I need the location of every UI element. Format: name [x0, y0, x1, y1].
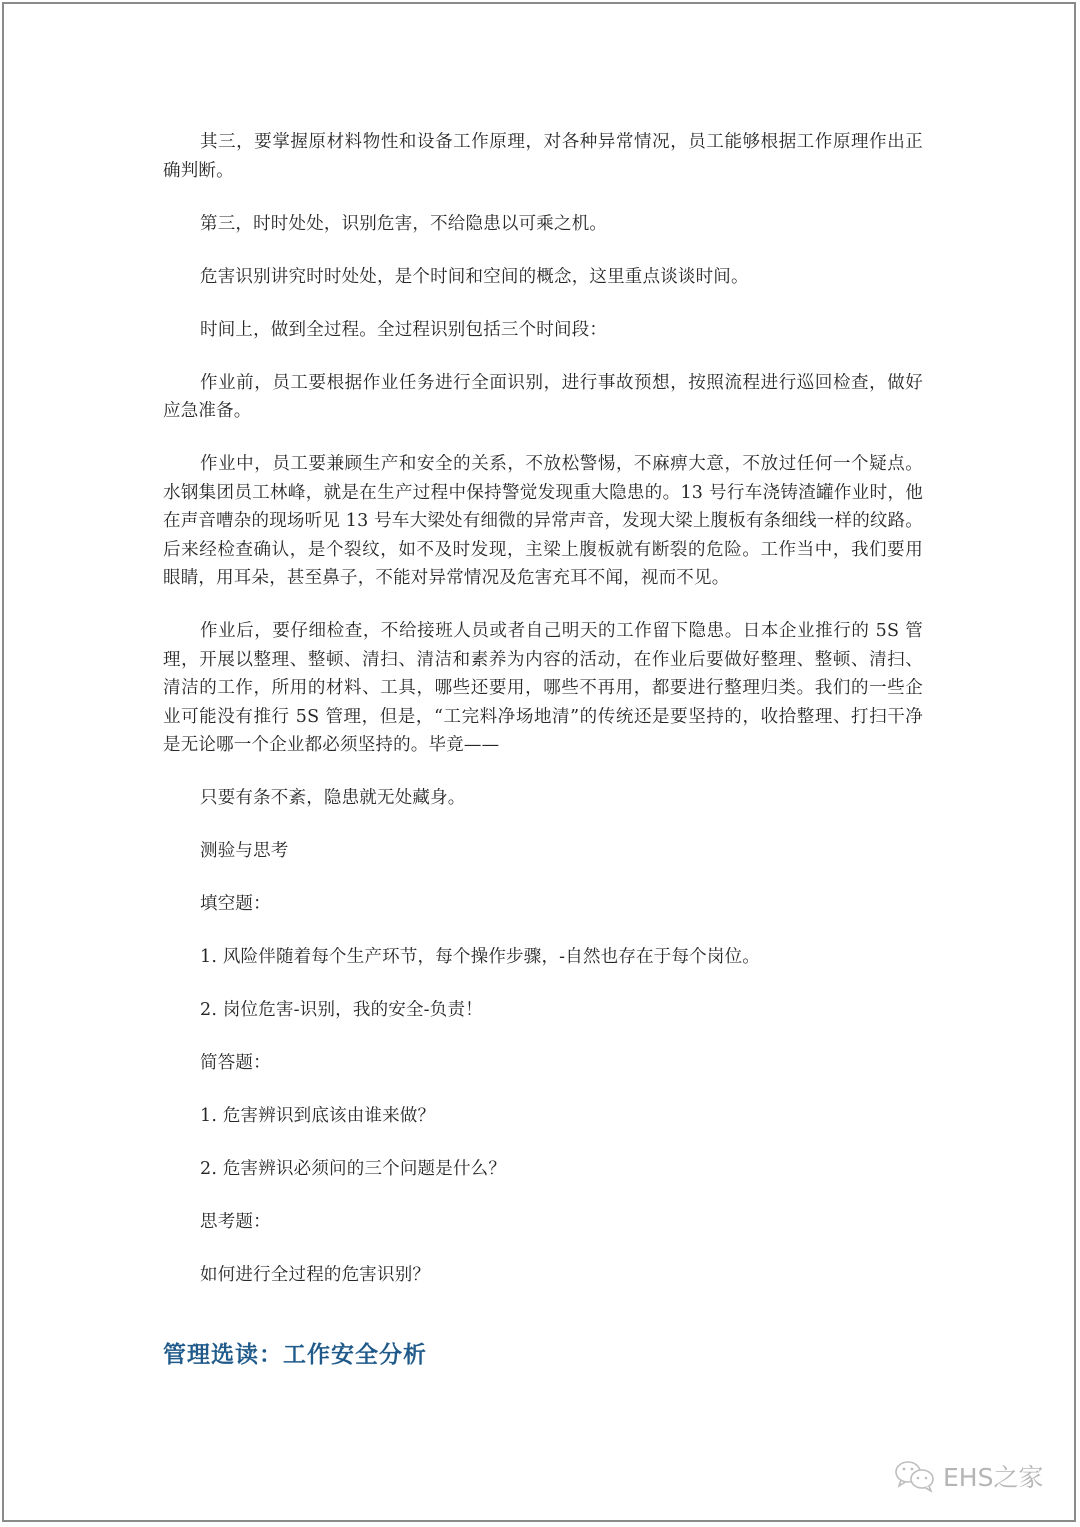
short-answer-label: 简答题： [163, 1049, 923, 1078]
short-answer-q2: 2. 危害辨识必须问的三个问题是什么？ [163, 1155, 923, 1184]
paragraph-during-work: 作业中，员工要兼顾生产和安全的关系，不放松警惕，不麻痹大意，不放过任何一个疑点。… [163, 450, 923, 593]
paragraph-before-work: 作业前，员工要根据作业任务进行全面识别，进行事故预想，按照流程进行巡回检查，做好… [163, 369, 923, 426]
thinking-label: 思考题： [163, 1208, 923, 1237]
section-heading: 管理选读：工作安全分析 [163, 1336, 427, 1369]
paragraph-principle-3: 其三，要掌握原材料物性和设备工作原理，对各种异常情况，员工能够根据工作原理作出正… [163, 128, 923, 185]
thinking-q1: 如何进行全过程的危害识别？ [163, 1261, 923, 1290]
watermark: EHS之家 [893, 1458, 1043, 1494]
fill-blank-q2: 2. 岗位危害-识别，我的安全-负责！ [163, 996, 923, 1025]
short-answer-q1: 1. 危害辨识到底该由谁来做？ [163, 1102, 923, 1131]
paragraph-conclusion: 只要有条不紊，隐患就无处藏身。 [163, 784, 923, 813]
paragraph-after-work: 作业后，要仔细检查，不给接班人员或者自己明天的工作留下隐患。日本企业推行的 5S… [163, 617, 923, 760]
quiz-title: 测验与思考 [163, 837, 923, 866]
document-body: 其三，要掌握原材料物性和设备工作原理，对各种异常情况，员工能够根据工作原理作出正… [163, 128, 923, 1314]
watermark-text: EHS之家 [943, 1458, 1043, 1494]
wechat-icon [893, 1459, 937, 1493]
paragraph-third-point: 第三，时时处处，识别危害，不给隐患以可乘之机。 [163, 210, 923, 239]
fill-blank-label: 填空题： [163, 890, 923, 919]
fill-blank-q1: 1. 风险伴随着每个生产环节，每个操作步骤，-自然也存在于每个岗位。 [163, 943, 923, 972]
paragraph-time-space: 危害识别讲究时时处处，是个时间和空间的概念，这里重点谈谈时间。 [163, 263, 923, 292]
paragraph-whole-process: 时间上，做到全过程。全过程识别包括三个时间段： [163, 316, 923, 345]
